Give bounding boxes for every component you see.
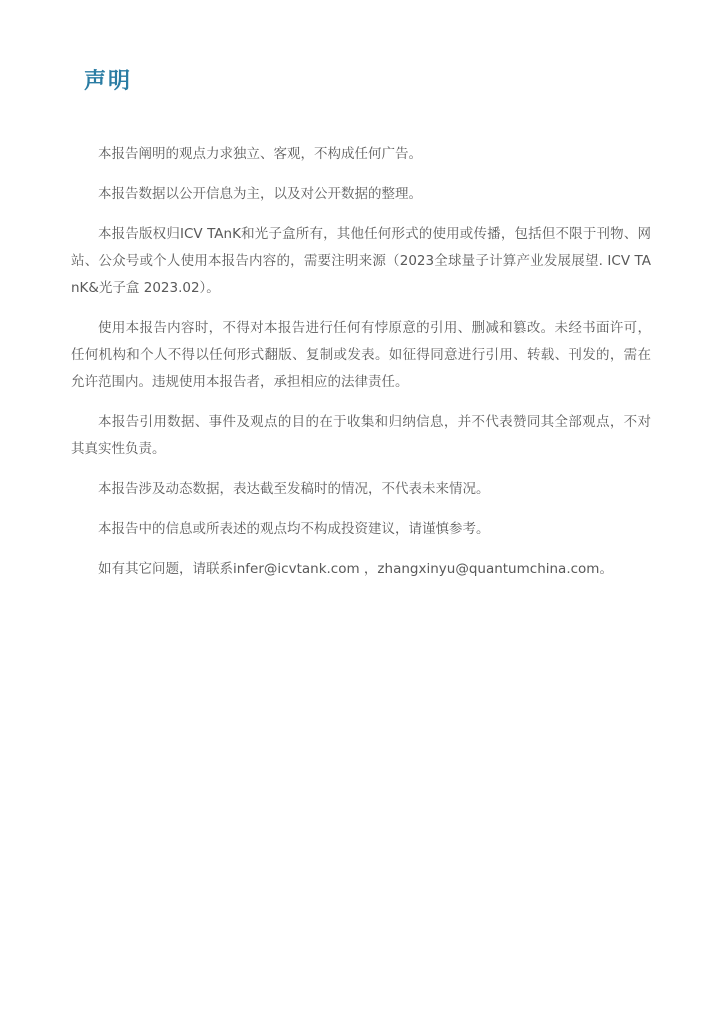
paragraph: 本报告中的信息或所表述的观点均不构成投资建议，请谨慎参考。 [71, 516, 651, 543]
disclaimer-content: 本报告阐明的观点力求独立、客观，不构成任何广告。 本报告数据以公开信息为主，以及… [71, 141, 651, 596]
paragraph: 本报告版权归ICV TAnK和光子盒所有，其他任何形式的使用或传播，包括但不限于… [71, 221, 651, 302]
paragraph: 使用本报告内容时，不得对本报告进行任何有悖原意的引用、删减和篡改。未经书面许可，… [71, 315, 651, 396]
paragraph: 本报告涉及动态数据，表达截至发稿时的情况，不代表未来情况。 [71, 476, 651, 503]
paragraph: 本报告数据以公开信息为主，以及对公开数据的整理。 [71, 181, 651, 208]
paragraph: 本报告阐明的观点力求独立、客观，不构成任何广告。 [71, 141, 651, 168]
page-title: 声明 [84, 68, 132, 97]
report-page: 声明 本报告阐明的观点力求独立、客观，不构成任何广告。 本报告数据以公开信息为主… [0, 0, 709, 1024]
paragraph-contact-emails: 如有其它问题，请联系infer@icvtank.com ，zhangxinyu@… [71, 556, 651, 583]
paragraph: 本报告引用数据、事件及观点的目的在于收集和归纳信息，并不代表赞同其全部观点，不对… [71, 409, 651, 463]
